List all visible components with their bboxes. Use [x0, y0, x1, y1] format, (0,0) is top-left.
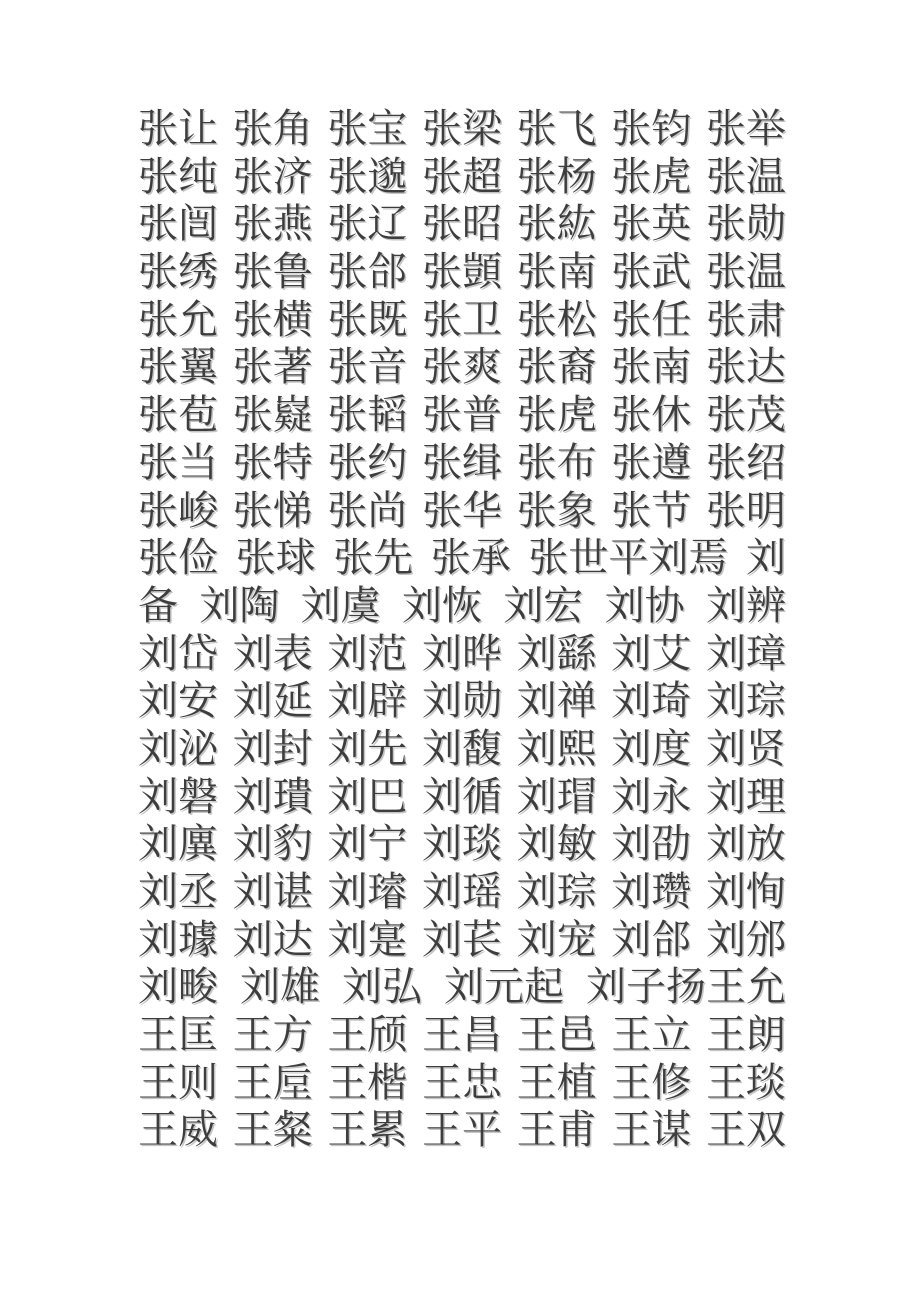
name-token: 刘辨 [706, 583, 786, 631]
name-token: 刘璿 [327, 869, 407, 917]
name-token: 刘勋 [422, 678, 502, 726]
name-token: 张悌 [233, 488, 313, 536]
name-token: 王方 [233, 1012, 313, 1060]
name-token: 张昭 [422, 201, 502, 249]
name-token: 张尚 [327, 488, 407, 536]
name-token: 张邈 [327, 154, 407, 202]
name-token: 王甫 [517, 1107, 597, 1155]
name-line: 张峻张悌张尚张华张象张节张明 [138, 488, 786, 536]
name-token: 刘瑶 [422, 869, 502, 917]
name-token: 刘馥 [422, 726, 502, 774]
name-token: 刘畯 [138, 964, 218, 1012]
name-token: 张卫 [422, 297, 502, 345]
name-token: 张燕 [233, 201, 313, 249]
name-token: 张布 [517, 440, 597, 488]
name-token: 张英 [611, 201, 691, 249]
name-token: 刘琮 [706, 678, 786, 726]
name-token: 张绣 [138, 249, 218, 297]
name-token: 张让 [138, 106, 218, 154]
name-token: 张韬 [327, 392, 407, 440]
name-line: 王匡王方王颀王昌王邑王立王朗 [138, 1012, 786, 1060]
name-token: 刘邠 [706, 917, 786, 965]
name-token: 王朗 [706, 1012, 786, 1060]
name-token: 张虎 [611, 154, 691, 202]
name-token: 刘岱 [138, 631, 218, 679]
name-line: 张俭张球张先张承张世平刘焉刘 [138, 535, 786, 583]
name-token: 张任 [611, 297, 691, 345]
name-token: 刘延 [233, 678, 313, 726]
name-token: 张象 [517, 488, 597, 536]
name-token: 刘协 [605, 583, 685, 631]
name-token: 张超 [422, 154, 502, 202]
name-token: 张俭 [138, 535, 218, 583]
name-line: 刘安刘延刘辟刘勋刘禅刘琦刘琮 [138, 678, 786, 726]
name-token: 刘封 [233, 726, 313, 774]
name-token: 张闿 [138, 201, 218, 249]
name-token: 张横 [233, 297, 313, 345]
name-line: 张翼张著张音张爽张裔张南张达 [138, 344, 786, 392]
name-token: 王立 [611, 1012, 691, 1060]
name-line: 张纯张济张邈张超张杨张虎张温 [138, 154, 786, 202]
name-token: 张裔 [517, 344, 597, 392]
name-token: 刘陶 [199, 583, 279, 631]
name-token: 张允 [138, 297, 218, 345]
name-line: 刘泌刘封刘先刘馥刘熙刘度刘贤 [138, 726, 786, 774]
name-token: 刘璩 [138, 917, 218, 965]
name-token: 王双 [706, 1107, 786, 1155]
name-token: 张约 [327, 440, 407, 488]
name-token: 王平 [422, 1107, 502, 1155]
name-token: 张爽 [422, 344, 502, 392]
name-token: 刘辟 [327, 678, 407, 726]
name-token: 张翼 [138, 344, 218, 392]
name-line: 张苞张嶷张韬张普张虎张休张茂 [138, 392, 786, 440]
name-token: 刘瑁 [517, 774, 597, 822]
name-token: 刘元起 [444, 964, 564, 1012]
name-token: 张特 [233, 440, 313, 488]
name-line: 刘丞刘谌刘璿刘瑶刘琮刘瓒刘恂 [138, 869, 786, 917]
name-token: 刘达 [233, 917, 313, 965]
name-token: 张峻 [138, 488, 218, 536]
document-page: 张让张角张宝张梁张飞张钧张举张纯张济张邈张超张杨张虎张温张闿张燕张辽张昭张紘张英… [0, 0, 920, 1302]
name-line: 备刘陶刘虞刘恢刘宏刘协刘辨 [138, 583, 786, 631]
name-token: 张南 [517, 249, 597, 297]
name-token: 刘放 [706, 821, 786, 869]
name-token: 王累 [327, 1107, 407, 1155]
name-token: 刘贤 [706, 726, 786, 774]
name-token: 王植 [517, 1060, 597, 1108]
name-token: 刘永 [611, 774, 691, 822]
name-token: 张温 [706, 154, 786, 202]
name-line: 张绣张鲁张郃张顗张南张武张温 [138, 249, 786, 297]
name-token: 刘劭 [611, 821, 691, 869]
name-token: 王垕 [233, 1060, 313, 1108]
name-token: 张达 [706, 344, 786, 392]
name-token: 刘郃 [611, 917, 691, 965]
name-token: 张虎 [517, 392, 597, 440]
name-token: 刘度 [611, 726, 691, 774]
name-token: 张温 [706, 249, 786, 297]
name-line: 刘畯刘雄刘弘刘元起刘子扬王允 [138, 964, 786, 1012]
name-token: 刘艾 [611, 631, 691, 679]
name-line: 刘磐刘璝刘巴刘循刘瑁刘永刘理 [138, 774, 786, 822]
name-token: 王昌 [422, 1012, 502, 1060]
name-token: 刘琮 [517, 869, 597, 917]
name-token: 张杨 [517, 154, 597, 202]
name-token: 张承 [431, 535, 511, 583]
name-token: 张休 [611, 392, 691, 440]
name-token: 王匡 [138, 1012, 218, 1060]
name-token: 刘寔 [327, 917, 407, 965]
name-token: 刘弘 [342, 964, 422, 1012]
name-token: 王威 [138, 1107, 218, 1155]
name-list: 张让张角张宝张梁张飞张钧张举张纯张济张邈张超张杨张虎张温张闿张燕张辽张昭张紘张英… [138, 106, 786, 1155]
name-line: 张允张横张既张卫张松张任张肃 [138, 297, 786, 345]
name-token: 刘禅 [517, 678, 597, 726]
name-token: 张鲁 [233, 249, 313, 297]
name-token: 张紘 [517, 201, 597, 249]
name-token: 张明 [706, 488, 786, 536]
name-token: 张肃 [706, 297, 786, 345]
name-token: 刘恢 [402, 583, 482, 631]
name-token: 刘琰 [422, 821, 502, 869]
name-token: 张梁 [422, 106, 502, 154]
name-token: 刘宠 [517, 917, 597, 965]
name-token: 刘琦 [611, 678, 691, 726]
name-token: 刘晔 [422, 631, 502, 679]
name-token: 张嶷 [233, 392, 313, 440]
name-token: 刘苌 [422, 917, 502, 965]
name-token: 张先 [333, 535, 413, 583]
name-token: 张勋 [706, 201, 786, 249]
name-token: 王谋 [611, 1107, 691, 1155]
name-token: 刘巴 [327, 774, 407, 822]
name-token: 张辽 [327, 201, 407, 249]
name-token: 张缉 [422, 440, 502, 488]
name-token: 张当 [138, 440, 218, 488]
name-token: 刘磐 [138, 774, 218, 822]
name-line: 张闿张燕张辽张昭张紘张英张勋 [138, 201, 786, 249]
name-token: 刘安 [138, 678, 218, 726]
name-token: 刘谌 [233, 869, 313, 917]
name-token: 刘宏 [503, 583, 583, 631]
name-token: 张遵 [611, 440, 691, 488]
name-token: 张飞 [517, 106, 597, 154]
name-token: 张纯 [138, 154, 218, 202]
name-token: 张华 [422, 488, 502, 536]
name-line: 刘岱刘表刘范刘晔刘繇刘艾刘璋 [138, 631, 786, 679]
name-token: 张角 [233, 106, 313, 154]
name-token: 刘循 [422, 774, 502, 822]
name-token: 张宝 [327, 106, 407, 154]
name-token: 张节 [611, 488, 691, 536]
name-line: 刘廙刘豹刘宁刘琰刘敏刘劭刘放 [138, 821, 786, 869]
name-token: 刘理 [706, 774, 786, 822]
name-token: 张举 [706, 106, 786, 154]
name-line: 张当张特张约张缉张布张遵张绍 [138, 440, 786, 488]
name-token: 张世平刘焉 [528, 535, 728, 583]
name-token: 刘熙 [517, 726, 597, 774]
name-token: 张郃 [327, 249, 407, 297]
name-token: 张既 [327, 297, 407, 345]
name-token: 张著 [233, 344, 313, 392]
name-token: 王楷 [327, 1060, 407, 1108]
name-token: 刘泌 [138, 726, 218, 774]
name-token: 王颀 [327, 1012, 407, 1060]
name-token: 刘表 [233, 631, 313, 679]
name-token: 刘宁 [327, 821, 407, 869]
name-token: 刘璋 [706, 631, 786, 679]
name-line: 王威王粲王累王平王甫王谋王双 [138, 1107, 786, 1155]
name-line: 刘璩刘达刘寔刘苌刘宠刘郃刘邠 [138, 917, 786, 965]
name-line: 张让张角张宝张梁张飞张钧张举 [138, 106, 786, 154]
name-token: 张茂 [706, 392, 786, 440]
name-token: 张济 [233, 154, 313, 202]
name-token: 张武 [611, 249, 691, 297]
name-token: 刘璝 [233, 774, 313, 822]
name-token: 刘雄 [240, 964, 320, 1012]
name-token: 张普 [422, 392, 502, 440]
name-token: 张音 [327, 344, 407, 392]
name-token: 刘丞 [138, 869, 218, 917]
name-token: 王则 [138, 1060, 218, 1108]
name-token: 王琰 [706, 1060, 786, 1108]
name-token: 张钧 [611, 106, 691, 154]
name-token: 刘先 [327, 726, 407, 774]
name-token: 刘廙 [138, 821, 218, 869]
name-token: 刘 [746, 535, 786, 583]
name-token: 刘恂 [706, 869, 786, 917]
name-token: 张南 [611, 344, 691, 392]
name-token: 张绍 [706, 440, 786, 488]
name-token: 刘虞 [301, 583, 381, 631]
name-token: 张顗 [422, 249, 502, 297]
name-token: 王修 [611, 1060, 691, 1108]
name-token: 刘敏 [517, 821, 597, 869]
name-token: 刘子扬王允 [586, 964, 786, 1012]
name-token: 张苞 [138, 392, 218, 440]
name-token: 王邑 [517, 1012, 597, 1060]
name-line: 王则王垕王楷王忠王植王修王琰 [138, 1060, 786, 1108]
name-token: 备 [138, 583, 178, 631]
name-token: 刘瓒 [611, 869, 691, 917]
name-token: 张球 [236, 535, 316, 583]
name-token: 刘豹 [233, 821, 313, 869]
name-token: 王粲 [233, 1107, 313, 1155]
name-token: 刘繇 [517, 631, 597, 679]
name-token: 张松 [517, 297, 597, 345]
name-token: 刘范 [327, 631, 407, 679]
name-token: 王忠 [422, 1060, 502, 1108]
